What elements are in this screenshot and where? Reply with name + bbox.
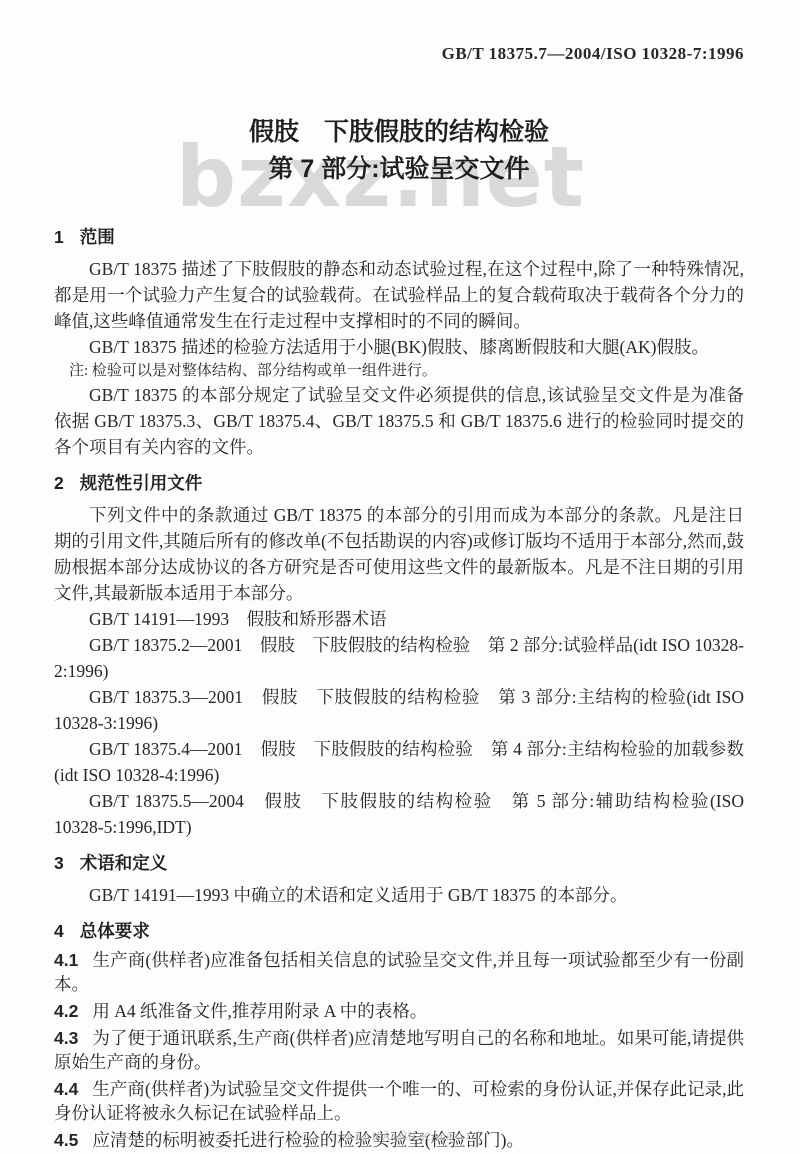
section-4-heading: 4总体要求 — [54, 920, 744, 942]
reference-item-4: GB/T 18375.4—2001 假肢 下肢假肢的结构检验 第 4 部分:主结… — [54, 736, 744, 788]
section-1-heading: 1范围 — [54, 226, 744, 248]
reference-item-5: GB/T 18375.5—2004 假肢 下肢假肢的结构检验 第 5 部分:辅助… — [54, 788, 744, 840]
footer-watermark: =ï ï ï KÄòÑïï KÁçâ= — [0, 1129, 800, 1144]
document-page: bzxz.net GB/T 18375.7—2004/ISO 10328-7:1… — [0, 0, 800, 1154]
reference-item-2: GB/T 18375.2—2001 假肢 下肢假肢的结构检验 第 2 部分:试验… — [54, 632, 744, 684]
section-3-title: 术语和定义 — [80, 853, 168, 873]
section-1-title: 范围 — [80, 227, 115, 247]
clause-4-4-number: 4.4 — [54, 1079, 78, 1099]
section-2-heading: 2规范性引用文件 — [54, 472, 744, 494]
clause-4-2-number: 4.2 — [54, 1001, 78, 1021]
scope-paragraph-1: GB/T 18375 描述了下肢假肢的静态和动态试验过程,在这个过程中,除了一种… — [54, 256, 744, 334]
title-line-2: 第 7 部分:试验呈交文件 — [54, 151, 744, 188]
clause-4-4-text: 生产商(供样者)为试验呈交文件提供一个唯一的、可检索的身份认证,并保存此记录,此… — [54, 1079, 744, 1123]
clause-4-3-number: 4.3 — [54, 1028, 78, 1048]
section-2-number: 2 — [54, 473, 64, 493]
reference-item-3: GB/T 18375.3—2001 假肢 下肢假肢的结构检验 第 3 部分:主结… — [54, 684, 744, 736]
clause-4-3: 4.3为了便于通讯联系,生产商(供样者)应清楚地写明自己的名称和地址。如果可能,… — [54, 1026, 744, 1074]
document-title: 假肢 下肢假肢的结构检验 第 7 部分:试验呈交文件 — [54, 114, 744, 188]
section-4-title: 总体要求 — [80, 921, 150, 941]
reference-item-1: GB/T 14191—1993 假肢和矫形器术语 — [54, 606, 744, 632]
clause-4-4: 4.4生产商(供样者)为试验呈交文件提供一个唯一的、可检索的身份认证,并保存此记… — [54, 1077, 744, 1125]
scope-note: 注: 检验可以是对整体结构、部分结构或单一组件进行。 — [54, 360, 744, 382]
scope-paragraph-2: GB/T 18375 描述的检验方法适用于小腿(BK)假肢、膝离断假肢和大腿(A… — [54, 334, 744, 360]
clause-4-2-text: 用 A4 纸准备文件,推荐用附录 A 中的表格。 — [92, 1001, 427, 1021]
terms-paragraph: GB/T 14191—1993 中确立的术语和定义适用于 GB/T 18375 … — [54, 882, 744, 908]
clause-4-1: 4.1生产商(供样者)应准备包括相关信息的试验呈交文件,并且每一项试验都至少有一… — [54, 948, 744, 996]
section-3-heading: 3术语和定义 — [54, 852, 744, 874]
section-4-number: 4 — [54, 921, 64, 941]
page-content: GB/T 18375.7—2004/ISO 10328-7:1996 假肢 下肢… — [0, 0, 800, 1152]
clause-4-1-number: 4.1 — [54, 950, 78, 970]
title-line-1: 假肢 下肢假肢的结构检验 — [54, 114, 744, 151]
clause-4-2: 4.2用 A4 纸准备文件,推荐用附录 A 中的表格。 — [54, 999, 744, 1023]
section-2-title: 规范性引用文件 — [80, 473, 203, 493]
clause-4-1-text: 生产商(供样者)应准备包括相关信息的试验呈交文件,并且每一项试验都至少有一份副本… — [54, 950, 744, 994]
clause-4-3-text: 为了便于通讯联系,生产商(供样者)应清楚地写明自己的名称和地址。如果可能,请提供… — [54, 1028, 744, 1072]
section-1-number: 1 — [54, 227, 64, 247]
section-3-number: 3 — [54, 853, 64, 873]
references-intro: 下列文件中的条款通过 GB/T 18375 的本部分的引用而成为本部分的条款。凡… — [54, 502, 744, 606]
scope-paragraph-3: GB/T 18375 的本部分规定了试验呈交文件必须提供的信息,该试验呈交文件是… — [54, 382, 744, 460]
standard-code-header: GB/T 18375.7—2004/ISO 10328-7:1996 — [54, 0, 744, 64]
